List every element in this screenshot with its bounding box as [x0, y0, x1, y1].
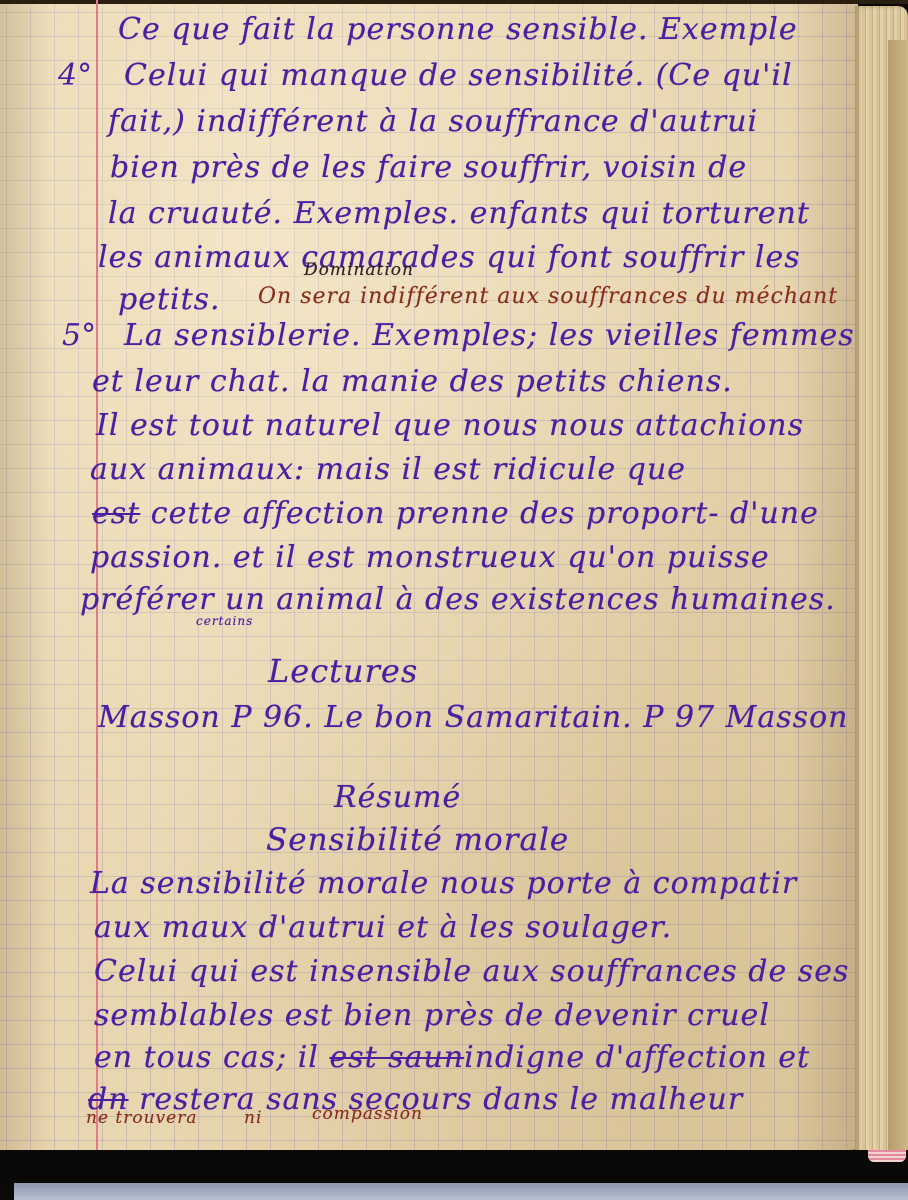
resume-line-5: en tous cas; il est saunindigne d'affect… [94, 1040, 810, 1075]
resume-line-1: La sensibilité morale nous porte à compa… [90, 866, 797, 901]
resume-subheading: Sensibilité morale [266, 822, 569, 858]
dark-annotation: Domination [304, 260, 414, 280]
resume-line-6-text: restera sans secours dans le malheur [139, 1082, 743, 1117]
body-line-7: petits. [118, 282, 221, 317]
red-correction-right: compassion [312, 1104, 423, 1124]
body-line-1: Ce que fait la personne sensible. Exempl… [118, 12, 798, 47]
lectures-heading: Lectures [268, 652, 418, 690]
body-line-5: la cruauté. Exemples. enfants qui tortur… [108, 196, 810, 231]
body-line-8: La sensiblerie. Exemples; les vieilles f… [124, 318, 855, 353]
body-line-12-text: cette affection prenne des proport- d'un… [151, 496, 819, 531]
body-line-10: Il est tout naturel que nous nous attach… [96, 408, 804, 443]
red-page-edge [868, 1150, 906, 1162]
resume-line-4: semblables est bien près de devenir crue… [94, 998, 770, 1033]
struck-words: est saun [329, 1040, 464, 1075]
margin-number-4: 4° [58, 58, 92, 93]
bottom-shadow [0, 1150, 908, 1186]
notebook-scan: Ce que fait la personne sensible. Exempl… [0, 0, 908, 1200]
red-correction-left: ne trouvera [86, 1108, 197, 1128]
lectures-line: Masson P 96. Le bon Samaritain. P 97 Mas… [98, 700, 848, 735]
body-line-9: et leur chat. la manie des petits chiens… [92, 364, 733, 399]
body-line-11: aux animaux: mais il est ridicule que [90, 452, 686, 487]
resume-heading: Résumé [334, 780, 461, 815]
red-correction-insert: On sera indifférent aux souffrances du m… [258, 284, 838, 309]
body-line-14: préférer un animal à des existences huma… [80, 582, 836, 617]
resume-line-5-before: en tous cas; il [94, 1040, 329, 1075]
body-line-12: est cette affection prenne des proport- … [92, 496, 819, 531]
margin-number-5: 5° [62, 318, 96, 353]
top-edge-shadow [0, 0, 908, 4]
table-surface [14, 1183, 908, 1200]
body-line-3: fait,) indifférent à la souffrance d'aut… [108, 104, 758, 139]
body-line-13: passion. et il est monstrueux qu'on puis… [90, 540, 770, 575]
body-line-4: bien près de les faire souffrir, voisin … [110, 150, 747, 185]
body-line-2: Celui qui manque de sensibilité. (Ce qu'… [124, 58, 793, 93]
resume-line-5-after: indigne d'affection et [464, 1040, 810, 1075]
notebook-cover-edge [888, 40, 908, 1150]
struck-word: est [92, 496, 140, 531]
red-correction-mid: ni [244, 1108, 262, 1128]
body-line-6: les animaux camarades qui font souffrir … [98, 240, 801, 275]
small-insert-certains: certains [196, 614, 253, 628]
resume-line-2: aux maux d'autrui et à les soulager. [94, 910, 672, 945]
resume-line-3: Celui qui est insensible aux souffrances… [94, 954, 849, 989]
